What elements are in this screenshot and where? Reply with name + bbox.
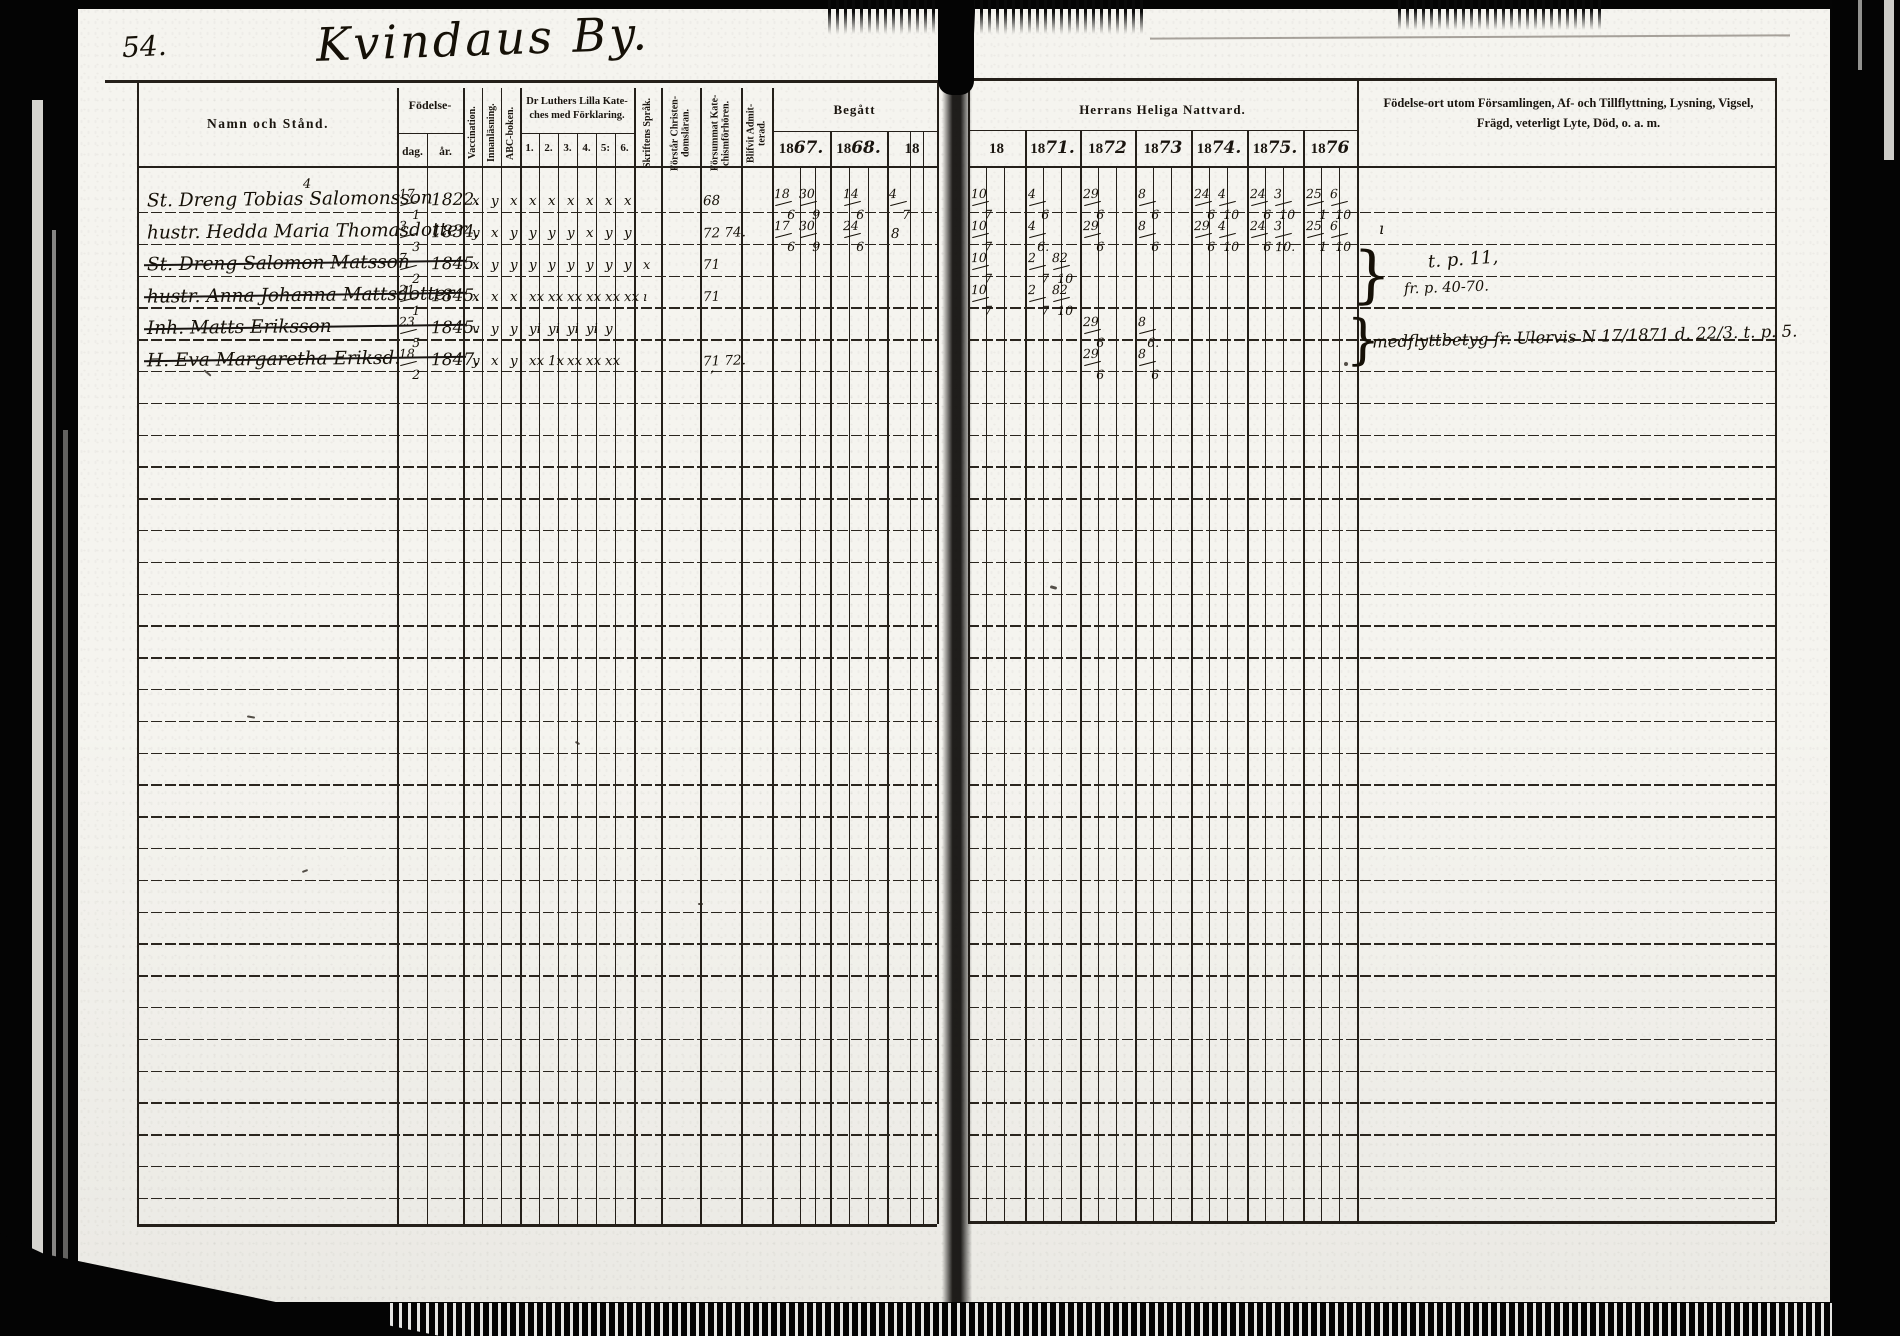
row-mark: yi	[529, 318, 541, 340]
row-mark: yi	[586, 318, 598, 340]
book-gutter	[942, 0, 972, 1302]
grid-hline	[137, 1007, 937, 1008]
grid-vline	[887, 131, 889, 1224]
grid-hline	[520, 133, 634, 134]
row-begatt-date: 47	[891, 192, 908, 213]
grid-hline	[137, 1102, 937, 1103]
scan-streak-right-1	[1884, 0, 1894, 160]
grid-hline	[968, 466, 1775, 467]
grid-hline	[968, 625, 1775, 626]
row-begatt-date: 8	[891, 224, 900, 245]
row-forsummat-years: 72 74.	[703, 222, 747, 245]
row-mark: xx	[605, 286, 620, 308]
row-mark: x	[605, 190, 613, 212]
row-mark: x	[491, 286, 499, 308]
row-mark: y	[586, 254, 594, 276]
grid-hline	[137, 721, 937, 722]
grid-vline	[800, 168, 801, 1224]
grid-vline	[1227, 168, 1228, 1222]
row-mark: xx	[548, 286, 563, 308]
grid-vline	[830, 131, 832, 1224]
remark-text: t. p. 11,	[1427, 245, 1499, 276]
row-mark: x	[472, 190, 480, 212]
row-birth-day: 235	[401, 320, 418, 342]
row-mark: xx	[529, 350, 544, 372]
row-birth-day: 171	[401, 192, 418, 214]
grid-hline	[968, 403, 1775, 404]
row-begatt-date: 176	[776, 224, 793, 245]
grid-vline	[910, 131, 911, 1224]
grid-vline	[520, 88, 522, 1224]
grid-hline	[137, 1198, 937, 1199]
grid-vline	[868, 168, 869, 1224]
row-nattvard-date: 251	[1308, 192, 1325, 213]
row-mark: y	[605, 318, 613, 340]
row-forsummat-years: 68	[703, 190, 721, 212]
grid-hline	[137, 466, 937, 467]
grid-hline	[137, 848, 937, 849]
grid-hline	[397, 133, 463, 134]
grid-hline	[968, 880, 1775, 881]
row-nattvard-date: 86	[1140, 352, 1157, 373]
grid-vline	[661, 88, 663, 1224]
row-mark: x	[491, 350, 499, 372]
row-mark: y	[472, 350, 480, 372]
row-nattvard-date: 8210	[1054, 256, 1071, 277]
row-mark: x	[491, 222, 499, 244]
grid-vline	[1339, 168, 1340, 1222]
remark-text: medflyttbetyg fr. Ulervis N 17/1871 d. 2…	[1372, 319, 1798, 355]
grid-hline	[968, 498, 1775, 499]
row-nattvard-date: 107	[973, 256, 990, 277]
katekes-col-label: 4.	[577, 142, 596, 154]
grid-hline	[137, 784, 937, 785]
row-mark: x	[548, 190, 556, 212]
grid-vline	[1283, 168, 1284, 1222]
row-mark: x	[529, 190, 537, 212]
scan-streak-left-1	[32, 100, 43, 1336]
grid-vline	[1247, 130, 1249, 1222]
row-mark: x	[510, 286, 518, 308]
grid-vline	[137, 80, 139, 1224]
row-nattvard-date: 8210	[1054, 288, 1071, 309]
nattvard-year-6: 1876	[1303, 138, 1357, 158]
row-nattvard-date: 27	[1030, 256, 1047, 277]
grid-hline	[137, 880, 937, 881]
grid-hline	[968, 912, 1775, 913]
row-nattvard-date: 86	[1140, 224, 1157, 245]
grid-vline	[772, 88, 774, 1224]
row-mark: x	[586, 190, 594, 212]
row-mark: xx	[586, 286, 601, 308]
row-nattvard-date: 107	[973, 224, 990, 245]
grid-hline	[137, 1224, 937, 1227]
grid-vline	[1209, 168, 1210, 1222]
row-mark: x	[472, 286, 480, 308]
row-nattvard-date: 296	[1085, 192, 1102, 213]
nattvard-year-1: 1871.	[1025, 138, 1080, 158]
row-nattvard-date: 86.	[1140, 320, 1157, 341]
grid-vline	[700, 88, 702, 1224]
ink-speck	[302, 869, 308, 873]
row-mark: y	[529, 254, 537, 276]
grid-hline	[968, 943, 1775, 944]
grid-hline	[137, 657, 937, 658]
row-mark: y	[529, 222, 537, 244]
row-mark: y	[548, 222, 556, 244]
row-mark: 1x	[548, 350, 564, 372]
row-birth-day: 182	[401, 352, 418, 374]
row-mark: y	[605, 222, 613, 244]
row-nattvard-date: 310	[1276, 192, 1293, 213]
grid-hline	[968, 1221, 1775, 1224]
grid-vline	[1116, 168, 1117, 1222]
grid-hline	[137, 530, 937, 531]
row-nattvard-date: 46.	[1030, 224, 1047, 245]
grid-hline	[968, 530, 1775, 531]
grid-hline	[968, 657, 1775, 658]
grid-vline	[1171, 168, 1172, 1222]
row-mark: y	[491, 254, 499, 276]
grid-hline	[968, 594, 1775, 595]
grid-hline	[968, 784, 1775, 785]
nattvard-year-0: 18	[968, 138, 1025, 158]
row-nattvard-date: 610	[1332, 224, 1349, 245]
row-mark: y	[491, 318, 499, 340]
scan-comb-top-2	[1398, 0, 1603, 30]
grid-vline	[937, 80, 939, 1224]
scanned-parish-register: 54. Kvindaus By. Namn och Stånd. Födelse…	[0, 0, 1900, 1336]
grid-hline	[968, 816, 1775, 817]
grid-hline	[137, 498, 937, 499]
row-nattvard-date: 610	[1332, 192, 1349, 213]
row-nattvard-date: 27	[1030, 288, 1047, 309]
grid-hline	[968, 1039, 1775, 1040]
grid-hline	[137, 689, 937, 690]
grid-vline	[1080, 130, 1082, 1222]
row-nattvard-date: 46	[1030, 192, 1047, 213]
grid-hline	[968, 1198, 1775, 1199]
grid-vline	[849, 168, 850, 1224]
scan-comb-top-1	[828, 0, 1146, 34]
row-mark: y	[510, 318, 518, 340]
book-gutter-top	[938, 0, 974, 95]
row-nattvard-date: 296	[1085, 224, 1102, 245]
row-nattvard-date: 296	[1085, 352, 1102, 373]
grid-vline	[923, 131, 924, 1224]
grid-hline	[137, 1166, 937, 1167]
grid-hline	[137, 975, 937, 976]
grid-vline	[1303, 130, 1305, 1222]
scan-border-right	[1832, 0, 1900, 1336]
ink-speck	[1050, 585, 1058, 590]
row-mark: xx	[605, 350, 620, 372]
grid-hline	[137, 625, 937, 626]
grid-hline	[968, 1134, 1775, 1135]
row-nattvard-date: 410	[1220, 224, 1237, 245]
row-mark: yi	[548, 318, 560, 340]
grid-vline	[482, 88, 483, 1224]
row-sprak-mark: ı	[643, 287, 647, 308]
row-mark: xx	[529, 286, 544, 308]
ink-speck	[247, 715, 255, 718]
row-mark: y	[510, 222, 518, 244]
row-nattvard-date: 296	[1196, 224, 1213, 245]
begatt-year-1: 1868.	[830, 138, 887, 158]
row-mark: y	[510, 350, 518, 372]
row-mark: xx	[624, 286, 639, 308]
katekes-col-label: 6.	[615, 142, 634, 154]
katekes-col-label: 3.	[558, 142, 577, 154]
grid-vline	[634, 88, 636, 1224]
row-nattvard-date: 246	[1196, 192, 1213, 213]
grid-hline	[968, 1166, 1775, 1167]
scan-streak-left-2	[52, 230, 56, 1336]
row-mark: y	[548, 254, 556, 276]
row-mark: yi	[567, 318, 579, 340]
grid-vline	[1043, 168, 1044, 1222]
grid-hline	[137, 1071, 937, 1072]
grid-vline	[1004, 168, 1005, 1222]
nattvard-year-3: 1873	[1135, 138, 1191, 158]
grid-vline	[501, 88, 502, 1224]
grid-hline	[968, 1071, 1775, 1072]
row-nattvard-date: 246	[1252, 192, 1269, 213]
row-mark: y	[567, 254, 575, 276]
row-mark: x	[567, 190, 575, 212]
row-forsummat-years: 71	[703, 254, 721, 276]
row-mark: y	[624, 222, 632, 244]
row-forsummat-years: 71	[703, 286, 721, 308]
grid-hline	[137, 912, 937, 913]
row-birth-day: 211	[401, 288, 418, 310]
row-nattvard-date: 296	[1085, 320, 1102, 341]
row-mark: xx	[567, 286, 582, 308]
katekes-col-label: 2.	[539, 142, 558, 154]
grid-hline	[137, 816, 937, 817]
grid-hline	[968, 689, 1775, 690]
row-mark: x	[586, 222, 594, 244]
row-mark: xx	[586, 350, 601, 372]
grid-vline	[986, 168, 987, 1222]
grid-hline	[968, 848, 1775, 849]
row-mark: y	[491, 190, 499, 212]
row-mark: x	[624, 190, 632, 212]
row-mark: y	[605, 254, 613, 276]
grid-vline	[1061, 168, 1062, 1222]
row-forsummat-mark: ’	[710, 366, 714, 387]
grid-hline	[137, 403, 937, 404]
ink-speck	[698, 903, 703, 905]
row-name: St. Dreng Tobias Salomonsson	[147, 185, 433, 214]
row-nattvard-date: 246	[1252, 224, 1269, 245]
grid-hline	[137, 166, 937, 168]
row-mark: y	[624, 254, 632, 276]
row-name-superscript: 4	[303, 174, 312, 195]
row-mark: y	[472, 222, 480, 244]
row-mark: y	[510, 254, 518, 276]
grid-hline	[137, 435, 937, 436]
grid-hline	[968, 435, 1775, 436]
row-nattvard-date: 410	[1220, 192, 1237, 213]
grid-hline	[137, 1039, 937, 1040]
row-mark: x	[472, 254, 480, 276]
row-begatt-date: 309	[801, 224, 818, 245]
grid-hline	[772, 131, 937, 132]
scan-comb-bottom	[390, 1303, 1832, 1336]
row-birth-day: 72	[401, 256, 418, 278]
grid-hline	[968, 562, 1775, 563]
grid-vline	[741, 88, 743, 1224]
row-begatt-date: 146	[845, 192, 862, 213]
katekes-col-label: 1.	[520, 142, 539, 154]
begatt-year-0: 1867.	[772, 138, 830, 158]
grid-hline	[968, 78, 1775, 81]
row-nattvard-date: 107	[973, 192, 990, 213]
grid-vline	[815, 168, 816, 1224]
row-mark: y	[567, 222, 575, 244]
grid-vline	[1025, 130, 1027, 1222]
grid-hline	[968, 1007, 1775, 1008]
grid-hline	[137, 753, 937, 754]
row-begatt-date: 309	[801, 192, 818, 213]
nattvard-year-2: 1872	[1080, 138, 1135, 158]
grid-hline	[137, 943, 937, 944]
grid-hline	[968, 1102, 1775, 1103]
grid-hline	[137, 562, 937, 563]
grid-hline	[968, 753, 1775, 754]
remark-text: fr. p. 40-70.	[1404, 275, 1490, 300]
grid-vline	[1775, 78, 1777, 1222]
row-nattvard-date: 86	[1140, 192, 1157, 213]
grid-hline	[968, 721, 1775, 722]
scan-streak-left-3	[63, 430, 68, 1336]
ink-speck	[1344, 362, 1348, 366]
row-sprak-mark: x	[643, 255, 651, 276]
grid-hline	[137, 1134, 937, 1135]
row-mark: x	[510, 190, 518, 212]
grid-hline	[968, 130, 1357, 131]
row-birth-day: 33	[401, 224, 418, 246]
grid-hline	[968, 166, 1775, 168]
katekes-col-label: 5:	[596, 142, 615, 154]
row-begatt-date: 246	[845, 224, 862, 245]
grid-vline	[1265, 168, 1266, 1222]
nattvard-year-5: 1875.	[1247, 138, 1303, 158]
row-mark: xx	[567, 350, 582, 372]
row-mark: v	[472, 318, 480, 340]
ink-speck	[575, 741, 580, 745]
grid-vline	[1135, 130, 1137, 1222]
nattvard-year-4: 1874.	[1191, 138, 1247, 158]
begatt-year-2: 18	[887, 138, 937, 158]
row-nattvard-date: 107	[973, 288, 990, 309]
grid-hline	[137, 594, 937, 595]
row-begatt-date: 186	[776, 192, 793, 213]
grid-hline	[968, 975, 1775, 976]
page-edge-line	[1150, 34, 1790, 39]
remark-brace: }	[1351, 242, 1393, 307]
grid-vline	[1191, 130, 1193, 1222]
row-nattvard-date: 251	[1308, 224, 1325, 245]
scan-streak-right-2	[1858, 0, 1862, 70]
grid-hline	[105, 80, 937, 83]
grid-vline	[1321, 168, 1322, 1222]
row-nattvard-date: 310.	[1276, 224, 1293, 245]
